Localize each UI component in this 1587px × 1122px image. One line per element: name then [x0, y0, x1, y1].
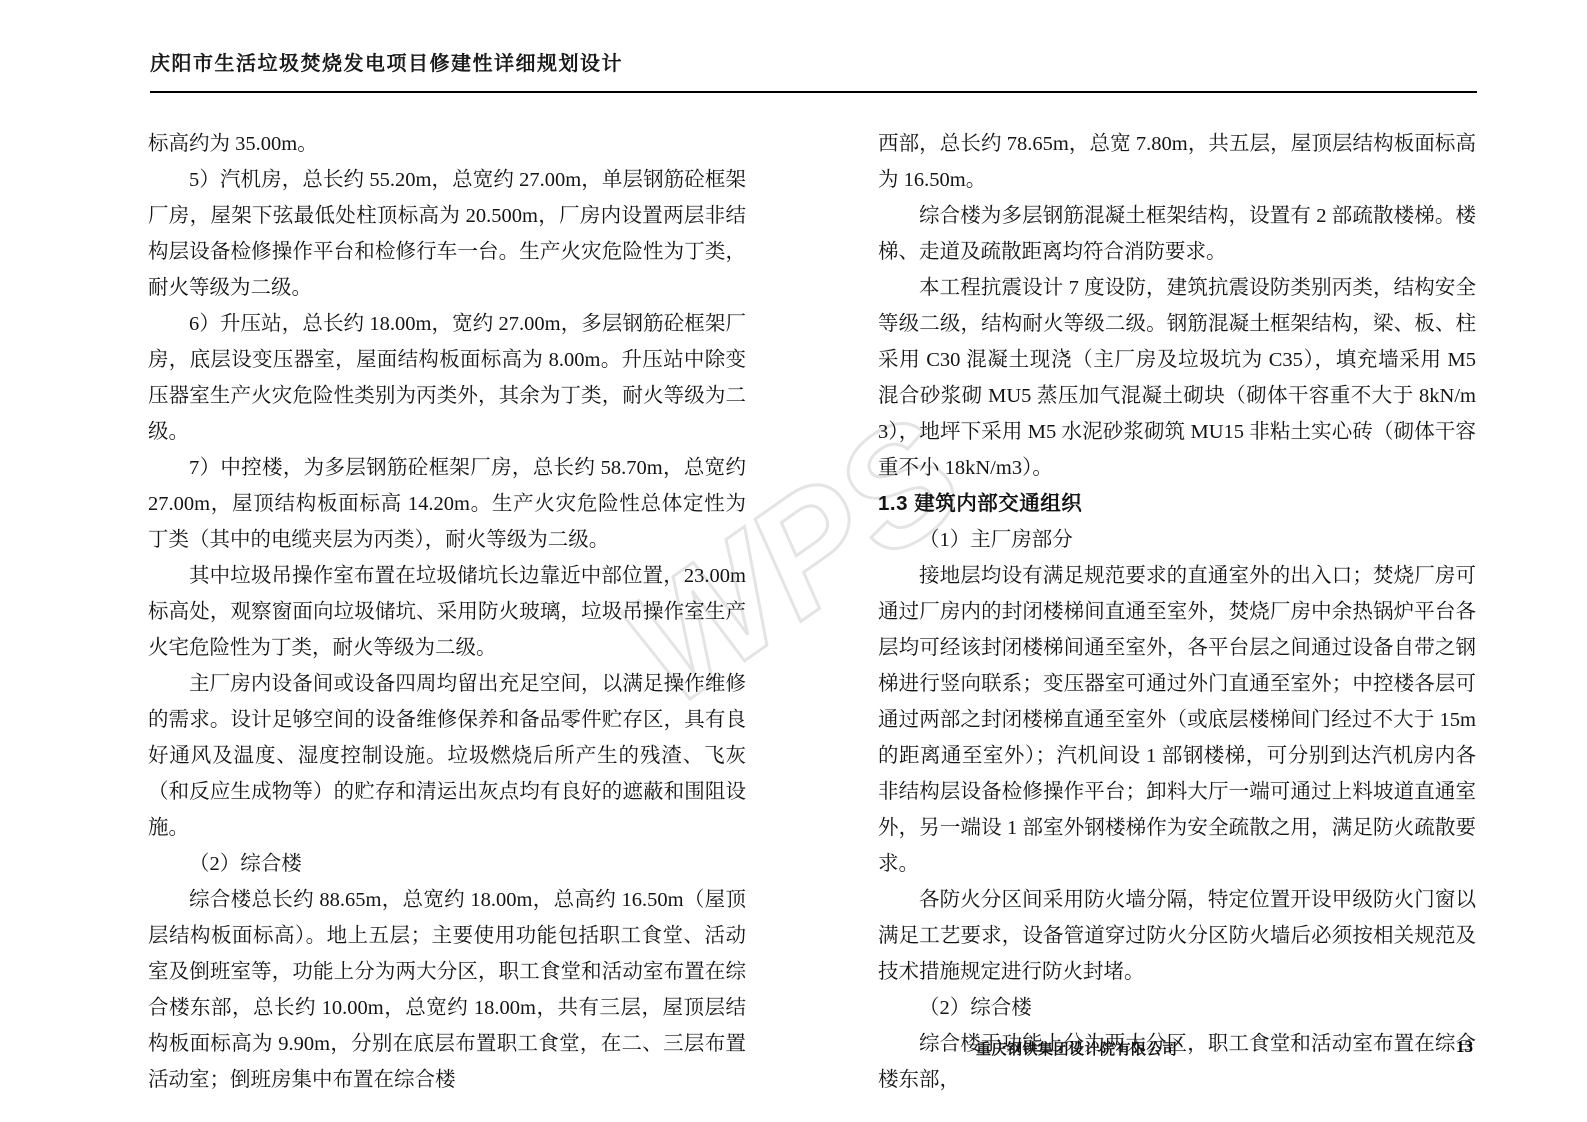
body-paragraph: 各防火分区间采用防火墙分隔，特定位置开设甲级防火门窗以满足工艺要求，设备管道穿过…: [878, 882, 1476, 990]
text-column-right: 西部，总长约 78.65m，总宽 7.80m，共五层，屋顶层结构板面标高为 16…: [878, 126, 1476, 1098]
body-paragraph: 5）汽机房，总长约 55.20m，总宽约 27.00m，单层钢筋砼框架厂房，屋架…: [148, 162, 746, 306]
body-paragraph: 6）升压站，总长约 18.00m，宽约 27.00m，多层钢筋砼框架厂房，底层设…: [148, 306, 746, 450]
body-paragraph: 西部，总长约 78.65m，总宽 7.80m，共五层，屋顶层结构板面标高为 16…: [878, 126, 1476, 198]
document-page: WPS 庆阳市生活垃圾焚烧发电项目修建性详细规划设计 标高约为 35.00m。5…: [0, 0, 1587, 1122]
body-paragraph: 标高约为 35.00m。: [148, 126, 746, 162]
footer-page-number: 13: [1456, 1037, 1473, 1057]
body-paragraph: （1）主厂房部分: [878, 522, 1476, 558]
body-paragraph: 综合楼为多层钢筋混凝土框架结构，设置有 2 部疏散楼梯。楼梯、走道及疏散距离均符…: [878, 198, 1476, 270]
body-paragraph: 主厂房内设备间或设备四周均留出充足空间，以满足操作维修的需求。设计足够空间的设备…: [148, 666, 746, 846]
body-paragraph: 接地层均设有满足规范要求的直通室外的出入口；焚烧厂房可通过厂房内的封闭楼梯间直通…: [878, 558, 1476, 882]
body-paragraph: 7）中控楼，为多层钢筋砼框架厂房，总长约 58.70m，总宽约 27.00m，屋…: [148, 450, 746, 558]
section-heading: 1.3 建筑内部交通组织: [878, 486, 1476, 522]
body-paragraph: 综合楼总长约 88.65m，总宽约 18.00m，总高约 16.50m（屋顶层结…: [148, 882, 746, 1098]
body-paragraph: 本工程抗震设计 7 度设防，建筑抗震设防类别丙类，结构安全等级二级，结构耐火等级…: [878, 270, 1476, 486]
text-column-left: 标高约为 35.00m。5）汽机房，总长约 55.20m，总宽约 27.00m，…: [148, 126, 746, 1098]
footer-company-name: 重庆钢铁集团设计院有限公司: [976, 1038, 1178, 1059]
body-paragraph: 其中垃圾吊操作室布置在垃圾储坑长边靠近中部位置，23.00m 标高处，观察窗面向…: [148, 558, 746, 666]
header-divider-line: [150, 91, 1477, 93]
body-paragraph: （2）综合楼: [148, 846, 746, 882]
document-header-title: 庆阳市生活垃圾焚烧发电项目修建性详细规划设计: [150, 47, 623, 76]
body-paragraph: （2）综合楼: [878, 990, 1476, 1026]
body-paragraph: 综合楼于功能上分为两大分区，职工食堂和活动室布置在综合楼东部，: [878, 1026, 1476, 1098]
